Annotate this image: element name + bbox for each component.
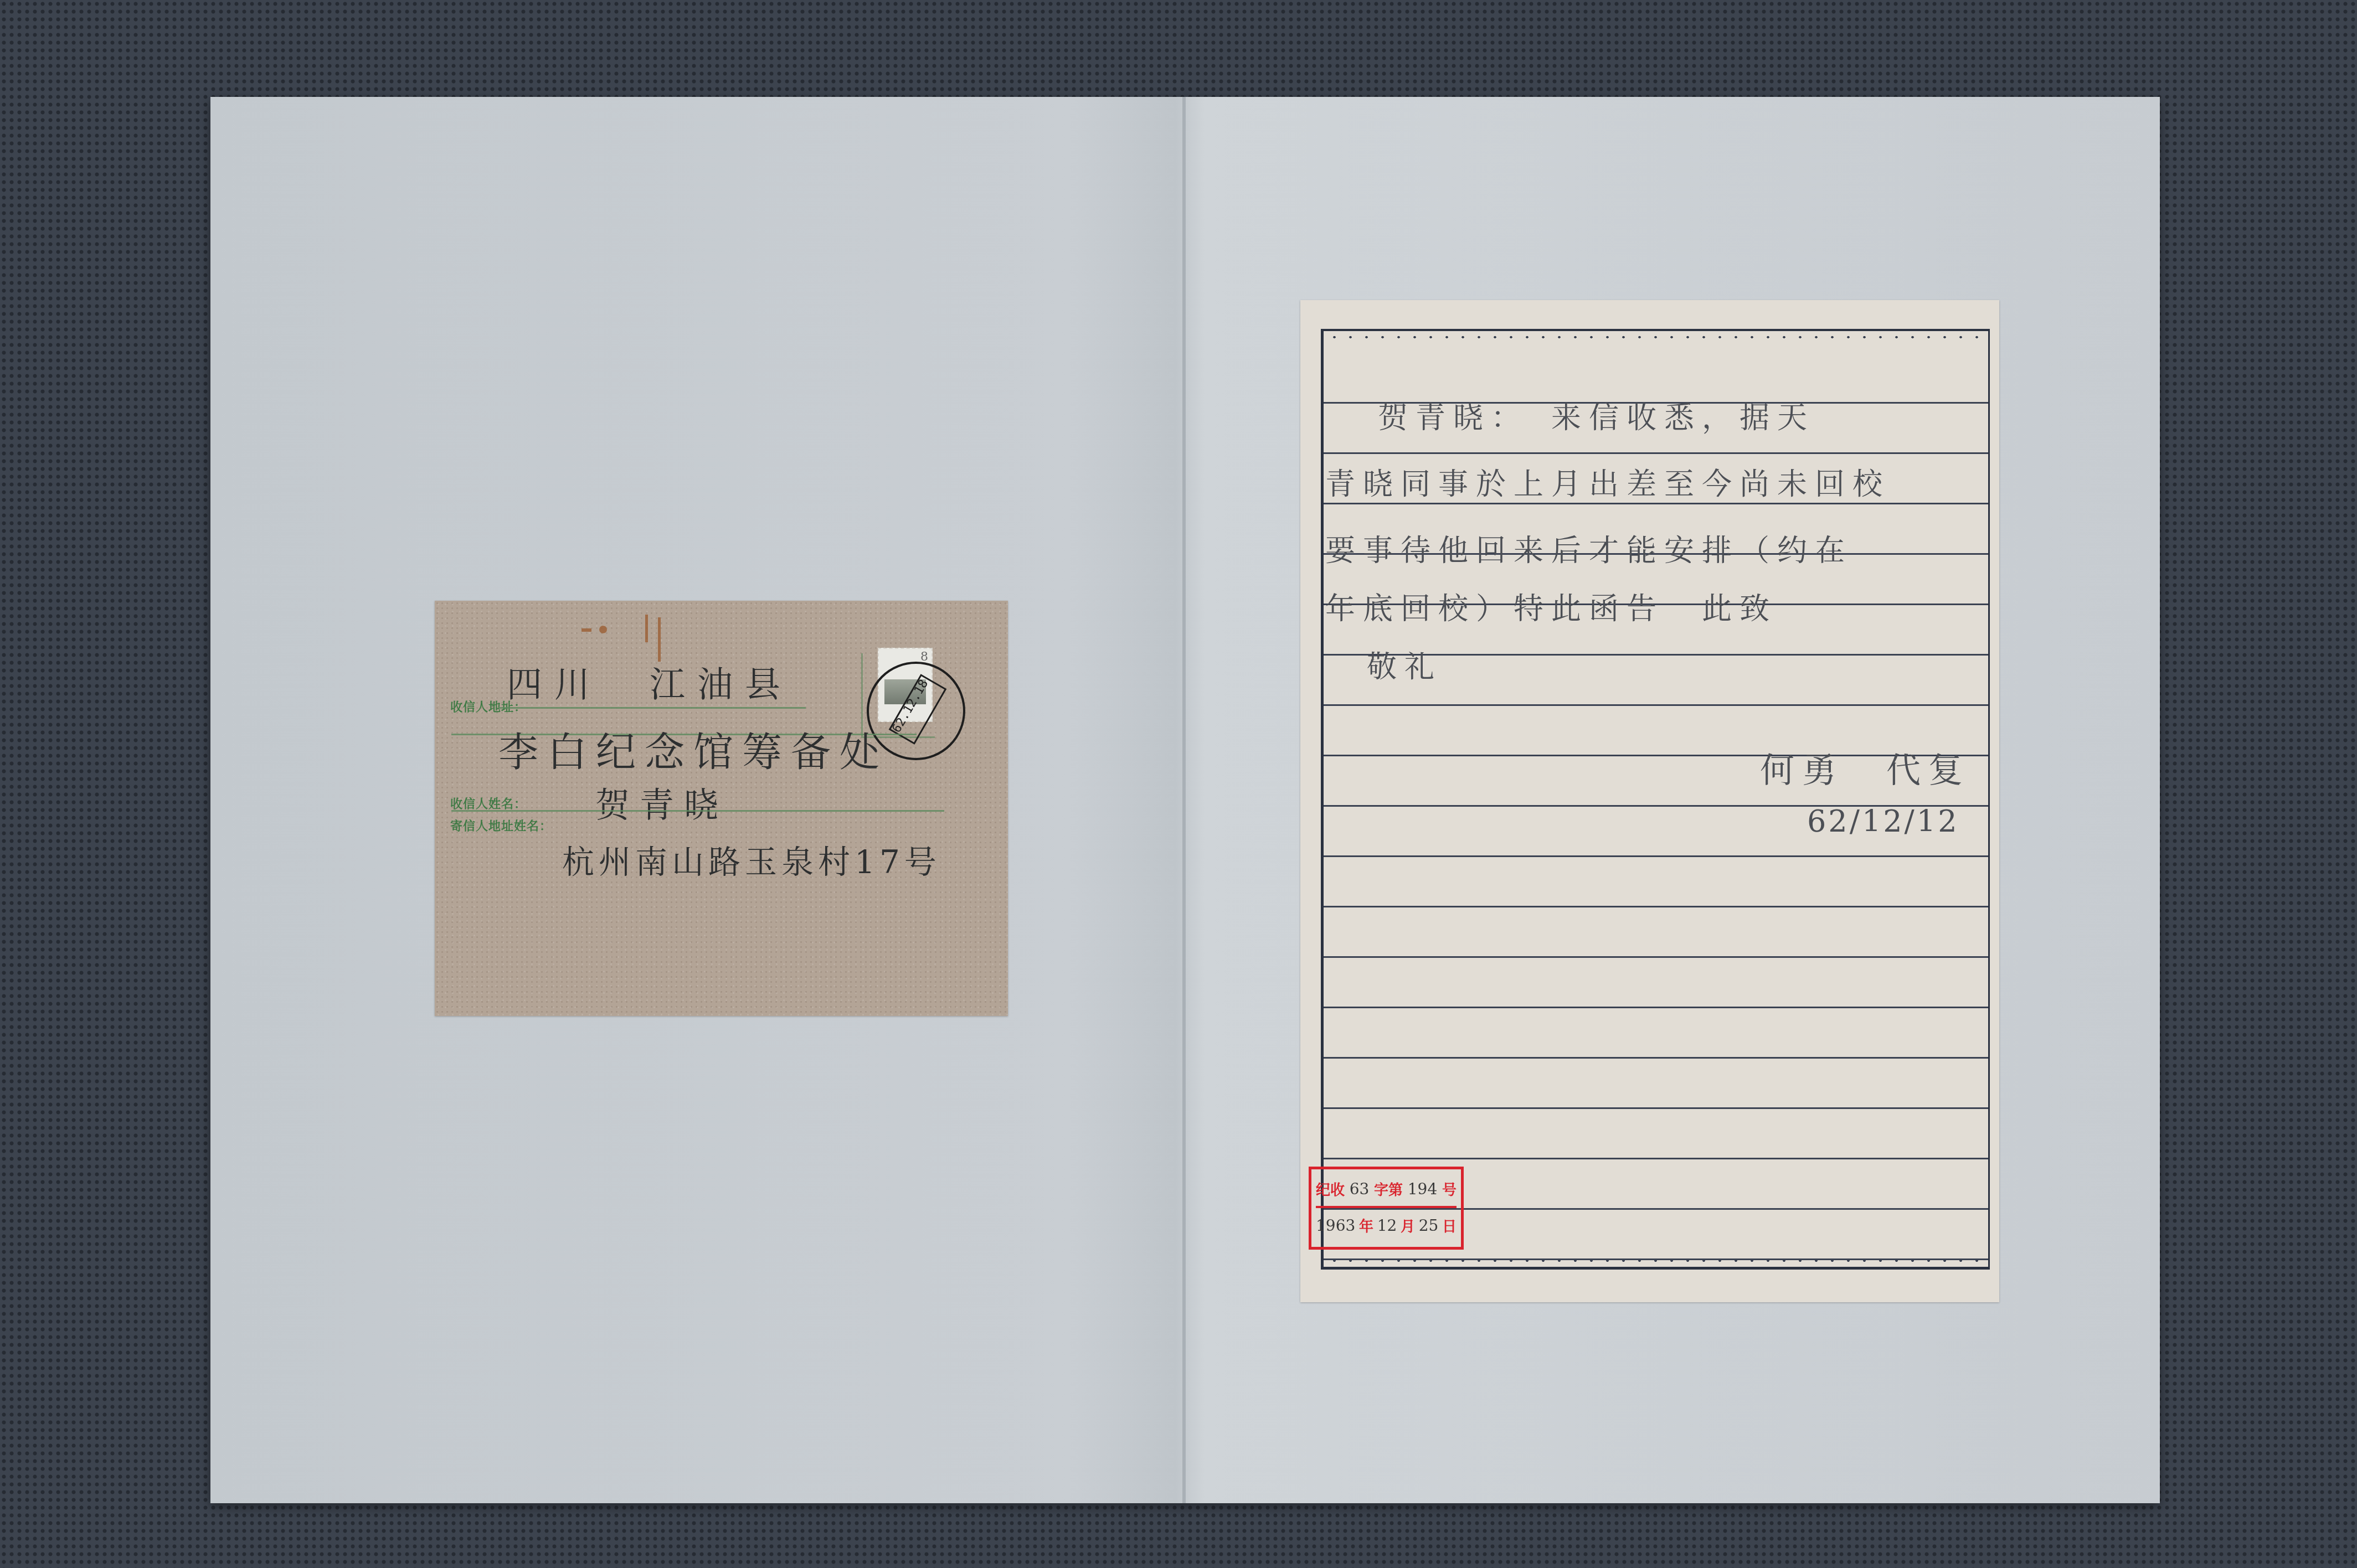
seal-day: 25	[1419, 1216, 1439, 1235]
seal-year: 1963	[1316, 1216, 1355, 1235]
address-rule	[498, 707, 806, 709]
envelope-recipient-org: 李白纪念馆筹备处	[498, 720, 888, 777]
perforation-dots-bottom	[1326, 1259, 1985, 1262]
seal-number: 194	[1408, 1180, 1437, 1198]
archive-receipt-seal: 纪收 63 字第 194 号 1963 年 12 月 25 日	[1309, 1167, 1464, 1250]
seal-row-number: 纪收 63 字第 194 号	[1316, 1172, 1457, 1208]
letter-date: 62/12/12	[1807, 804, 1959, 839]
label-sender: 寄信人地址姓名：	[450, 817, 552, 834]
envelope-address-line: 四川 江油县	[507, 656, 792, 707]
letter-line-2: 青晓同事於上月出差至今尚未回校	[1325, 461, 1890, 503]
rust-stain	[658, 617, 661, 662]
envelope-recipient-name: 贺青晓	[595, 778, 728, 827]
letter-sheet: 贺青晓： 来信收悉，据天 青晓同事於上月出差至今尚未回校 要事待他回来后才能安排…	[1300, 300, 1999, 1302]
seal-row-date: 1963 年 12 月 25 日	[1316, 1208, 1457, 1242]
seal-year-code: 63	[1350, 1180, 1370, 1198]
letter-line-4: 年底回校）特此函告 此致	[1325, 585, 1777, 628]
seal-month: 12	[1377, 1216, 1397, 1235]
name-rule	[451, 810, 944, 812]
label-recipient-address: 收信人地址：	[450, 698, 527, 715]
letter-line-1: 贺青晓： 来信收悉，据天	[1378, 394, 1815, 437]
label-recipient-name: 收信人姓名：	[450, 795, 527, 812]
letter-signature: 何勇 代复	[1760, 743, 1970, 792]
letter-line-3: 要事待他回来后才能安排（约在	[1325, 527, 1852, 570]
folio-center-fold	[1182, 97, 1186, 1503]
perforation-dots-top	[1326, 336, 1985, 339]
seal-year-suffix: 年	[1359, 1215, 1373, 1236]
seal-day-suffix: 日	[1442, 1215, 1457, 1236]
envelope: 8 62.12.18 四川 江油县 收信人地址： 李白纪念馆筹备处 贺青晓 收信…	[435, 601, 1008, 1016]
envelope-sender-address: 杭州南山路玉泉村17号	[562, 836, 941, 883]
rust-stain	[645, 615, 648, 642]
rust-stain	[599, 626, 607, 633]
letter-closing: 敬礼	[1367, 643, 1442, 686]
album-folio: 8 62.12.18 四川 江油县 收信人地址： 李白纪念馆筹备处 贺青晓 收信…	[210, 97, 2160, 1503]
seal-word-label: 字第	[1374, 1179, 1403, 1199]
rust-stain	[581, 628, 591, 632]
seal-prefix: 纪收	[1316, 1179, 1345, 1199]
seal-number-suffix: 号	[1442, 1179, 1457, 1199]
seal-month-suffix: 月	[1401, 1215, 1415, 1236]
